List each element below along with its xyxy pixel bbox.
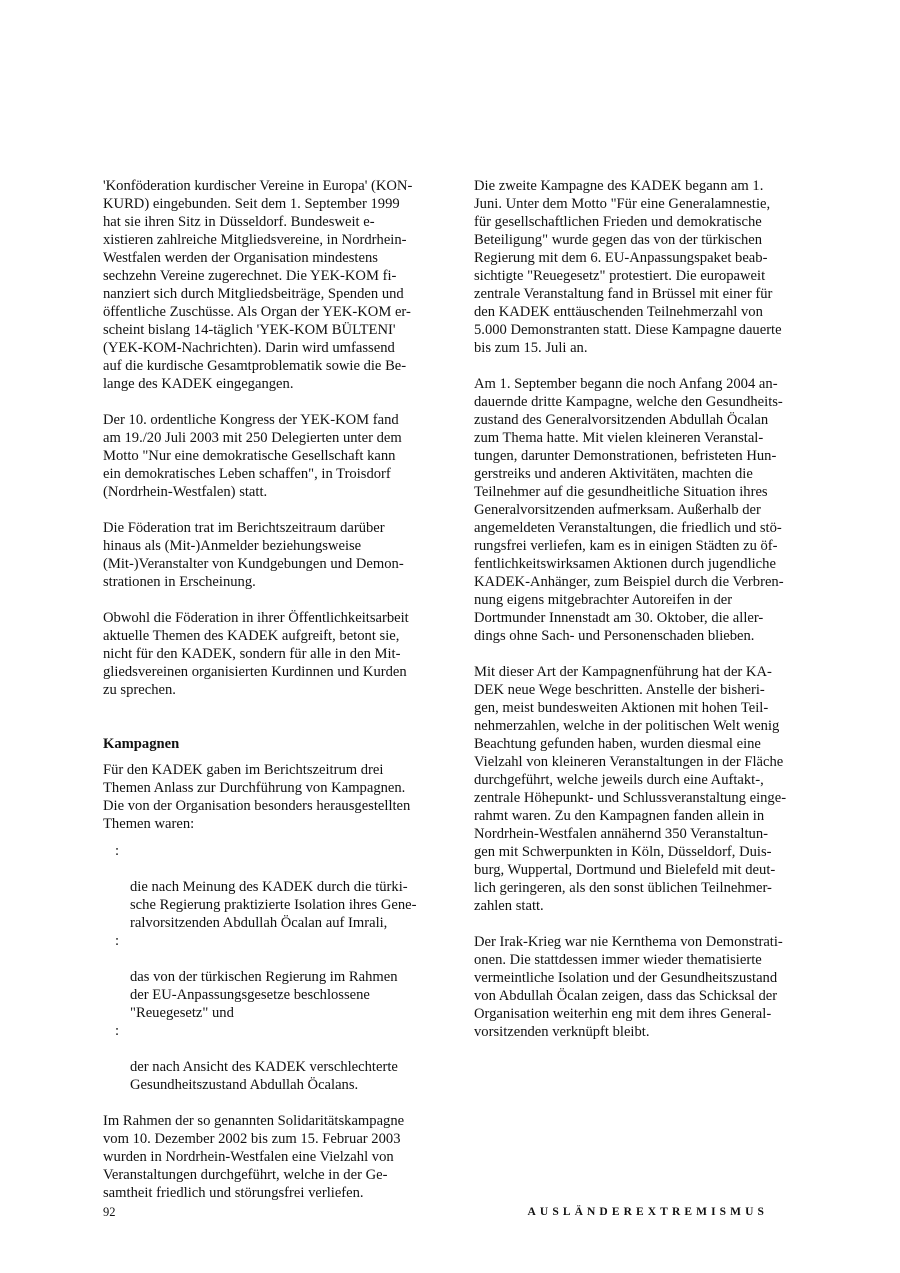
paragraph-dritte-kampagne: Am 1. September begann die noch Anfang 2… (474, 375, 804, 645)
running-title: AUSLÄNDEREXTREMISMUS (528, 1203, 768, 1221)
paragraph-oeffentlichkeitsarbeit: Obwohl die Föderation in ihrer Öffentlic… (103, 609, 433, 699)
paragraph-kongress: Der 10. ordentliche Kongress der YEK-KOM… (103, 411, 433, 501)
list-item: : die nach Meinung des KADEK durch die t… (103, 842, 433, 932)
bullet-colon-icon: : (115, 932, 119, 950)
list-item: : der nach Ansicht des KADEK verschlecht… (103, 1022, 433, 1094)
paragraph-foederation: Die Föderation trat im Berichtszeitraum … (103, 519, 433, 591)
left-column: 'Konföderation kurdischer Vereine in Eur… (103, 177, 433, 1220)
bullet-colon-icon: : (115, 842, 119, 860)
paragraph-solidaritaetskampagne: Im Rahmen der so genannten Solidaritätsk… (103, 1112, 433, 1202)
page-number: 92 (103, 1203, 116, 1221)
section-heading-kampagnen: Kampagnen (103, 735, 433, 753)
list-item-text: die nach Meinung des KADEK durch die tür… (130, 879, 417, 931)
paragraph-kampagnenfuehrung: Mit dieser Art der Kampagnenführung hat … (474, 663, 804, 915)
list-item-text: das von der türkischen Regierung im Rahm… (130, 969, 398, 1021)
themes-list: : die nach Meinung des KADEK durch die t… (103, 842, 433, 1094)
list-item-text: der nach Ansicht des KADEK verschlechter… (130, 1059, 398, 1093)
paragraph-kampagnen-intro: Für den KADEK gaben im Berichtszeitrum d… (103, 761, 433, 833)
paragraph-zweite-kampagne: Die zweite Kampagne des KADEK begann am … (474, 177, 804, 357)
list-item: : das von der türkischen Regierung im Ra… (103, 932, 433, 1022)
bullet-colon-icon: : (115, 1022, 119, 1040)
paragraph-irak-krieg: Der Irak-Krieg war nie Kernthema von Dem… (474, 933, 804, 1041)
paragraph-konkurd: 'Konföderation kurdischer Vereine in Eur… (103, 177, 433, 393)
right-column: Die zweite Kampagne des KADEK begann am … (474, 177, 804, 1059)
